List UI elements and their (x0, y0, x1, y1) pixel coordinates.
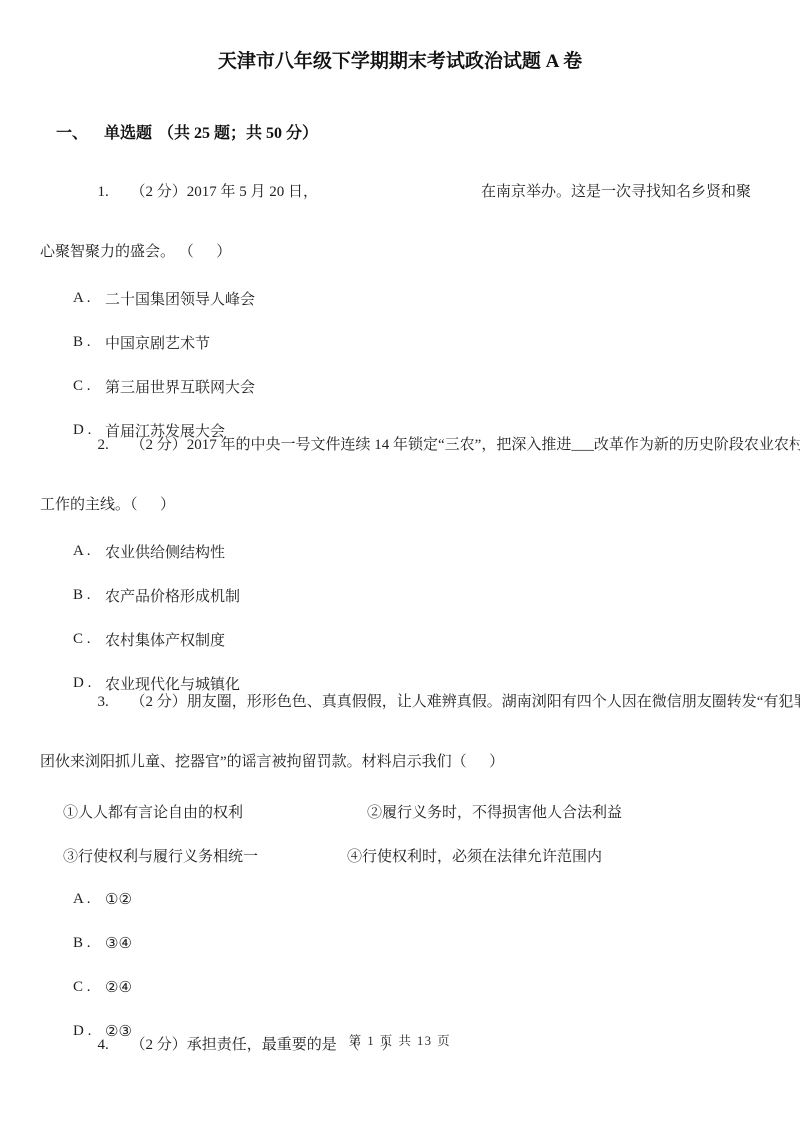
option-text: 中国京剧艺术节 (105, 332, 210, 353)
statement-row-1: ①人人都有言论自由的权利②履行义务时，不得损害他人合法利益 (0, 789, 800, 833)
question-number: 3. (98, 687, 113, 717)
section-number: 一、 (56, 120, 88, 143)
option-text: 农产品价格形成机制 (105, 585, 240, 606)
question-1-stem-line-1: 1.（2 分）2017 年 5 月 20 日，在南京举办。这是一次寻找知名乡贤和… (0, 147, 800, 237)
footer-page-indicator: 第 1 页 共 13 页 (0, 1031, 800, 1049)
stem-text: （2 分）朋友圈，形形色色、真真假假，让人难辨真假。湖南浏阳有四个人因在微信朋友… (131, 694, 800, 710)
option-label: A . (73, 290, 105, 307)
statement-4: ④行使权利时，必须在法律允许范围内 (347, 845, 602, 866)
option-a: A .农业供给侧结构性 (0, 529, 800, 573)
option-text: ②④ (105, 978, 132, 997)
statements-grid: ①人人都有言论自由的权利②履行义务时，不得损害他人合法利益 ③行使权利与履行义务… (0, 789, 800, 877)
option-b: B .③④ (0, 921, 800, 965)
question-number: 1. (98, 177, 113, 207)
option-text: 二十国集团领导人峰会 (105, 288, 255, 309)
option-label: B . (73, 935, 105, 952)
statement-row-2: ③行使权利与履行义务相统一④行使权利时，必须在法律允许范围内 (0, 833, 800, 877)
stem-text: 在南京举办。这是一次寻找知名乡贤和聚 (481, 184, 751, 200)
option-a: A .二十国集团领导人峰会 (0, 276, 800, 320)
option-label: B . (73, 334, 105, 351)
question-1-stem-line-2: 心聚智聚力的盛会。 （ ） (0, 237, 800, 267)
option-label: C . (73, 979, 105, 996)
statement-1: ①人人都有言论自由的权利 (63, 801, 367, 822)
option-a: A .①② (0, 877, 800, 921)
option-label: B . (73, 587, 105, 604)
option-text: ①② (105, 890, 132, 909)
option-c: C .农村集体产权制度 (0, 617, 800, 661)
option-text: 农村集体产权制度 (105, 629, 225, 650)
option-text: 农业供给侧结构性 (105, 541, 225, 562)
question-3: 3.（2 分）朋友圈，形形色色、真真假假，让人难辨真假。湖南浏阳有四个人因在微信… (0, 657, 800, 1053)
option-text: ③④ (105, 934, 132, 953)
section-title: 单选题 (104, 120, 152, 143)
stem-text: （2 分）2017 年 5 月 20 日， (131, 184, 319, 200)
option-label: C . (73, 378, 105, 395)
question-number: 2. (98, 430, 113, 460)
statement-3: ③行使权利与履行义务相统一 (63, 845, 347, 866)
exam-page: 天津市八年级下学期期末考试政治试题 A 卷 一、单选题（共 25 题；共 50 … (0, 0, 800, 1132)
question-2-stem-line-1: 2.（2 分）2017 年的中央一号文件连续 14 年锁定“三农”，把深入推进_… (0, 400, 800, 490)
option-text: 第三届世界互联网大会 (105, 376, 255, 397)
question-2-stem-line-2: 工作的主线。（ ） (0, 490, 800, 520)
question-3-stem-line-1: 3.（2 分）朋友圈，形形色色、真真假假，让人难辨真假。湖南浏阳有四个人因在微信… (0, 657, 800, 747)
page-title: 天津市八年级下学期期末考试政治试题 A 卷 (0, 46, 800, 73)
option-b: B .农产品价格形成机制 (0, 573, 800, 617)
option-label: A . (73, 543, 105, 560)
option-label: A . (73, 891, 105, 908)
option-label: C . (73, 631, 105, 648)
option-b: B .中国京剧艺术节 (0, 320, 800, 364)
section-meta: （共 25 题；共 50 分） (158, 125, 318, 142)
question-3-stem-line-2: 团伙来浏阳抓儿童、挖器官”的谣言被拘留罚款。材料启示我们（ ） (0, 747, 800, 777)
stem-text: （2 分）2017 年的中央一号文件连续 14 年锁定“三农”，把深入推进___… (131, 437, 800, 453)
statement-2: ②履行义务时，不得损害他人合法利益 (367, 801, 622, 822)
